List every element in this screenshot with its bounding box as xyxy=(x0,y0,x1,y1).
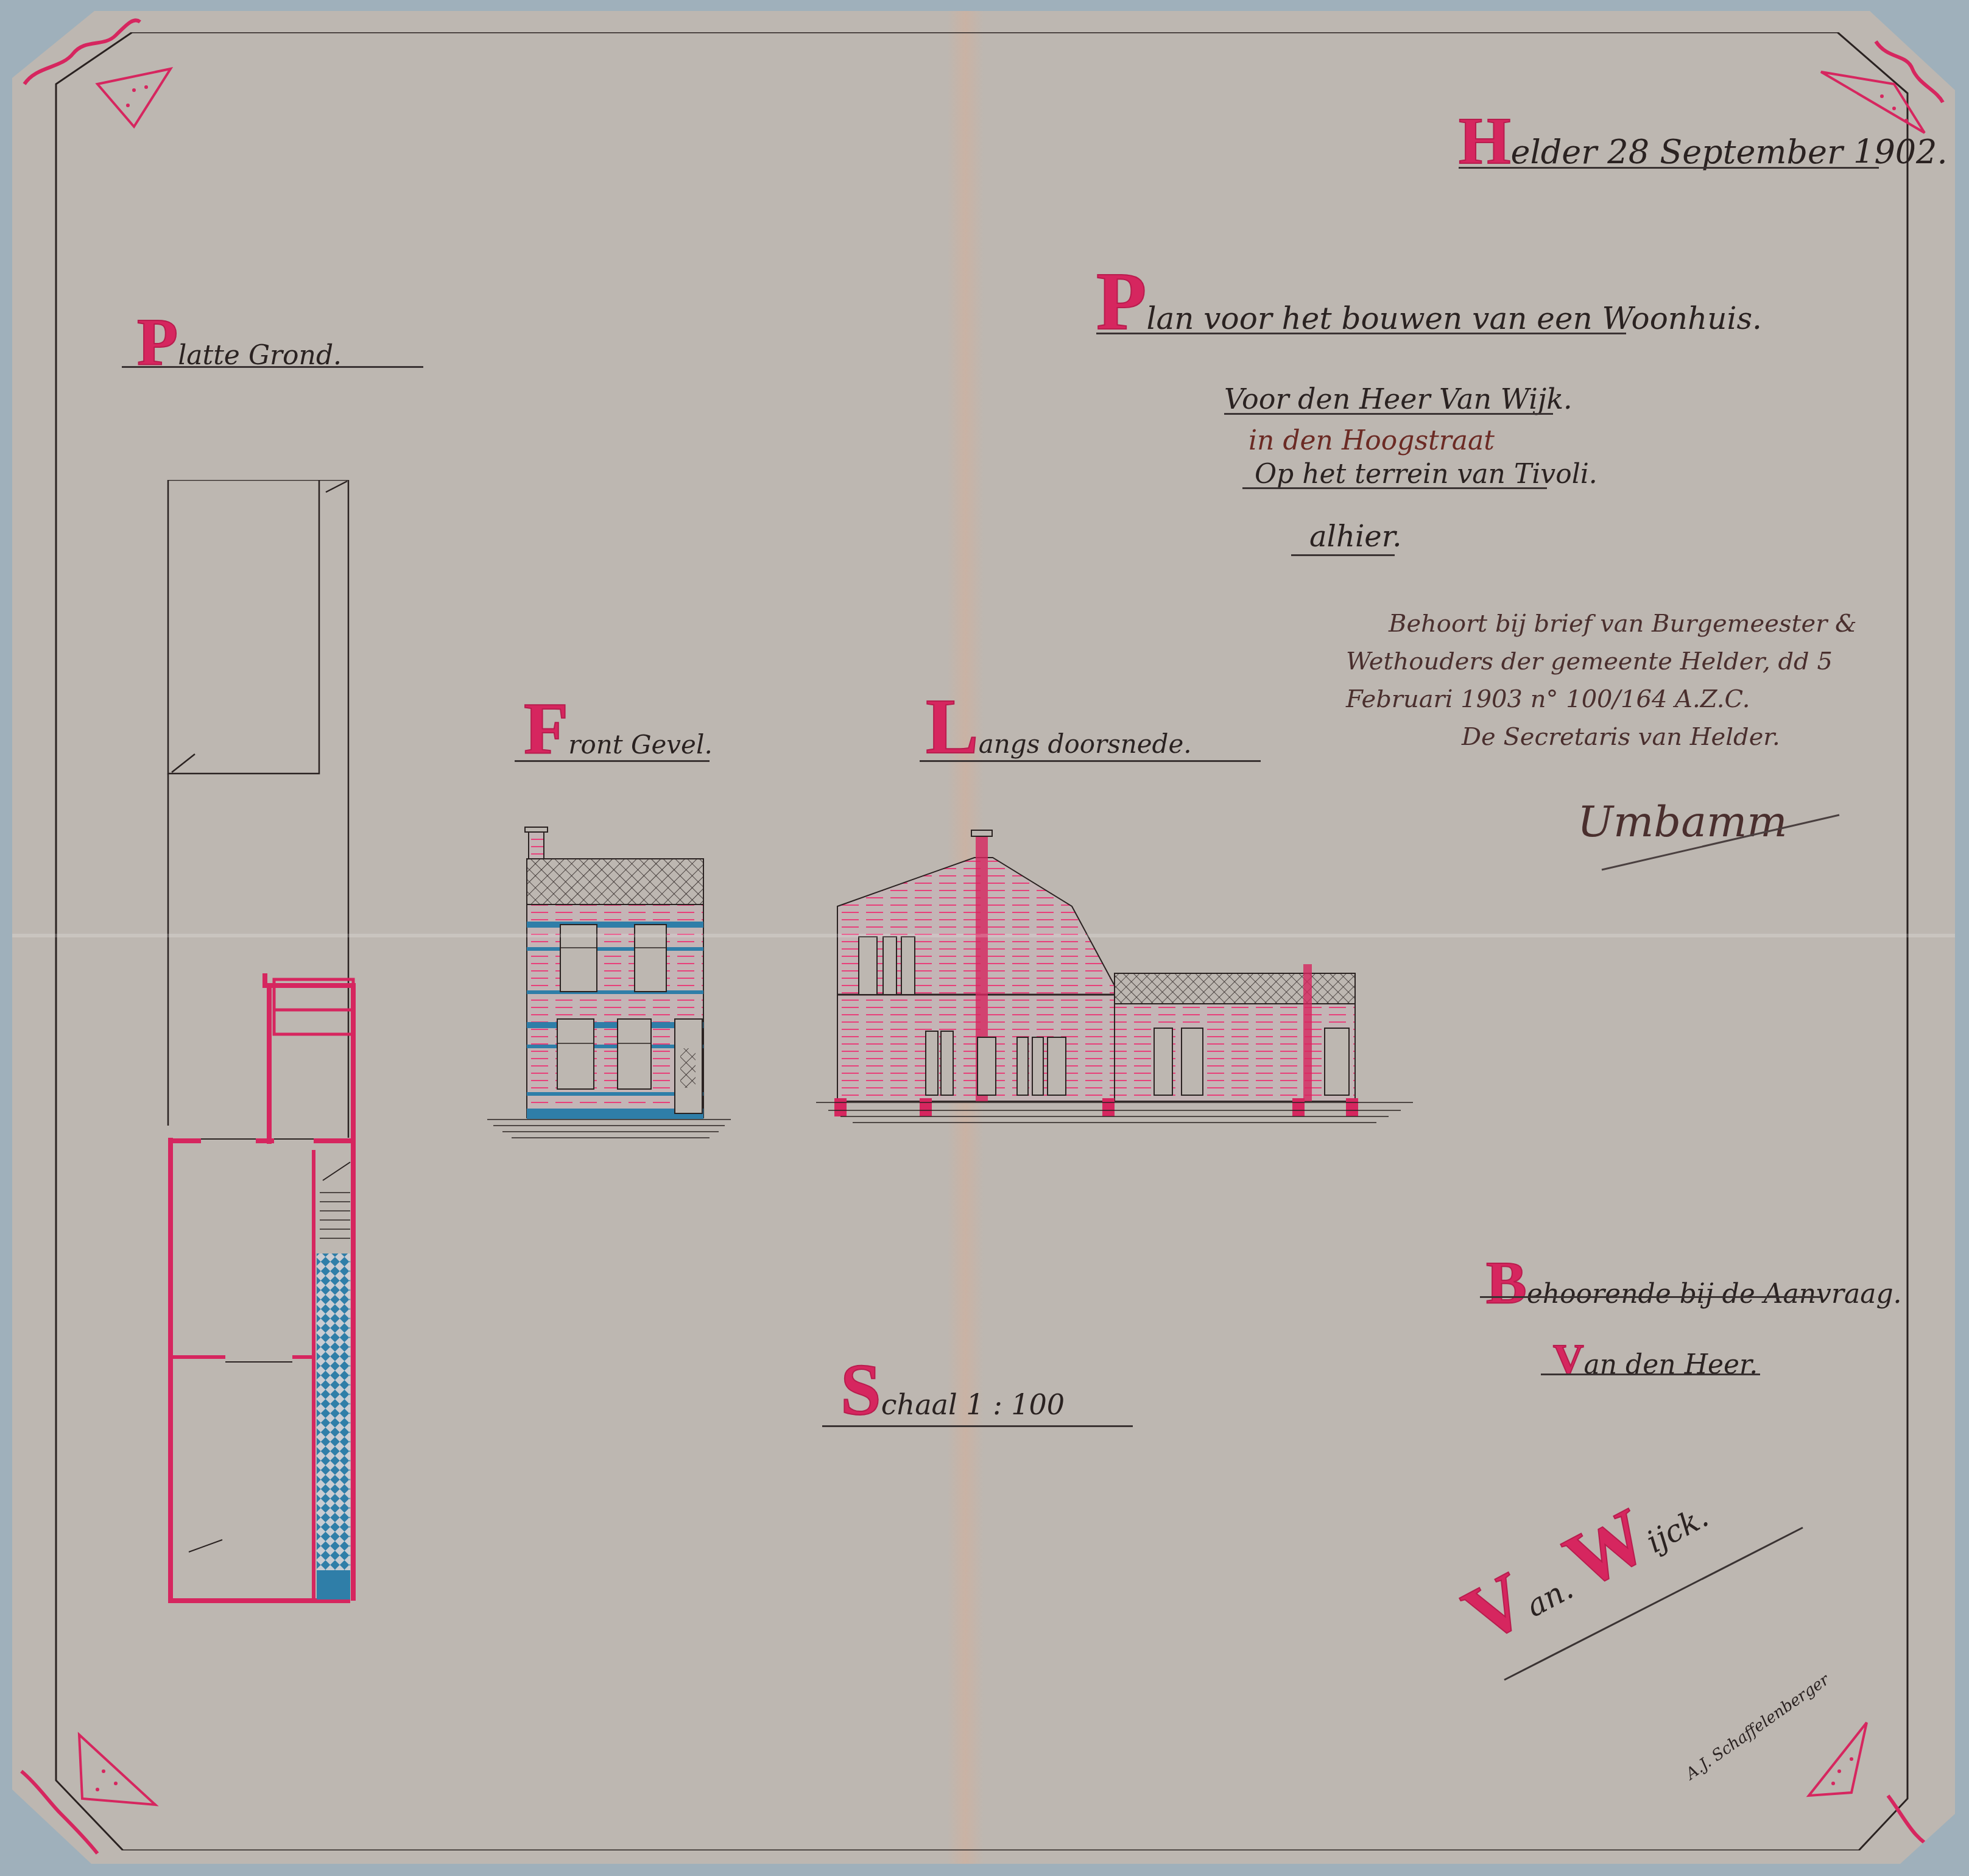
scale-underline xyxy=(822,1425,1133,1427)
scale-heading: Schaal 1 : 100 xyxy=(840,1348,1065,1432)
front-facade-label: ront Gevel. xyxy=(568,730,712,760)
scale-label: chaal 1 : 100 xyxy=(881,1388,1065,1421)
scale-initial: S xyxy=(840,1349,881,1430)
long-section-initial: L xyxy=(926,683,979,770)
application-line-1: Behoorende bij de Aanvraag. xyxy=(1486,1247,1902,1317)
locality: alhier. xyxy=(1309,520,1402,554)
application-text-2: an den Heer. xyxy=(1584,1349,1758,1380)
long-section-underline xyxy=(920,760,1261,762)
title-text: lan voor het bouwen van een Woonhuis. xyxy=(1146,301,1762,336)
application-underline-2 xyxy=(1541,1373,1760,1375)
front-facade-underline xyxy=(515,760,710,762)
application-line-2: Van den Heer. xyxy=(1553,1336,1758,1384)
street-line: in den Hoogstraat xyxy=(1249,425,1495,456)
approval-line-2: Wethouders der gemeente Helder, dd 5 xyxy=(1346,643,1857,680)
approval-line-4: De Secretaris van Helder. xyxy=(1462,718,1857,756)
corner-ornament-bottom-left xyxy=(12,1704,207,1864)
client-line: Voor den Heer Van Wijk. xyxy=(1224,383,1573,415)
title-underline xyxy=(1096,333,1626,334)
signature-flourish xyxy=(1596,809,1851,882)
long-section-drawing xyxy=(816,821,1413,1187)
site-underline xyxy=(1242,487,1547,489)
corner-ornament-bottom-right xyxy=(1766,1704,1955,1864)
floor-plan-drawing xyxy=(164,480,378,1613)
front-facade-heading: Front Gevel. xyxy=(524,687,713,771)
approval-note: Behoort bij brief van Burgemeester & Wet… xyxy=(1389,605,1857,756)
locality-underline xyxy=(1291,554,1395,556)
front-facade-drawing xyxy=(481,821,737,1187)
client-underline xyxy=(1224,413,1553,415)
drawing-sheet: Helder 28 September 1902. Plan voor het … xyxy=(12,11,1955,1864)
site-line: Op het terrein van Tivoli. xyxy=(1255,459,1597,490)
tiled-passage xyxy=(317,1254,350,1570)
approval-line-1: Behoort bij brief van Burgemeester & xyxy=(1389,605,1857,643)
application-initial-v: V xyxy=(1553,1336,1584,1383)
floor-plan-underline xyxy=(122,366,423,368)
place-date-text: elder 28 September 1902. xyxy=(1511,133,1948,171)
plan-title: Plan voor het bouwen van een Woonhuis. xyxy=(1096,255,1762,349)
approval-line-3: Februari 1903 n° 100/164 A.Z.C. xyxy=(1346,680,1857,718)
application-initial-b: B xyxy=(1486,1249,1527,1316)
front-facade-initial: F xyxy=(524,688,568,769)
application-underline-1 xyxy=(1480,1296,1821,1298)
application-text-1: ehoorende bij de Aanvraag. xyxy=(1527,1278,1902,1310)
long-section-label: angs doorsnede. xyxy=(979,729,1192,759)
floor-plan-heading: Platte Grond. xyxy=(137,303,342,381)
owner-signature-line xyxy=(1498,1515,1815,1698)
corner-ornament-top-left xyxy=(12,11,207,169)
long-section-heading: Langs doorsnede. xyxy=(926,681,1192,772)
place-date-underline xyxy=(1459,167,1879,169)
